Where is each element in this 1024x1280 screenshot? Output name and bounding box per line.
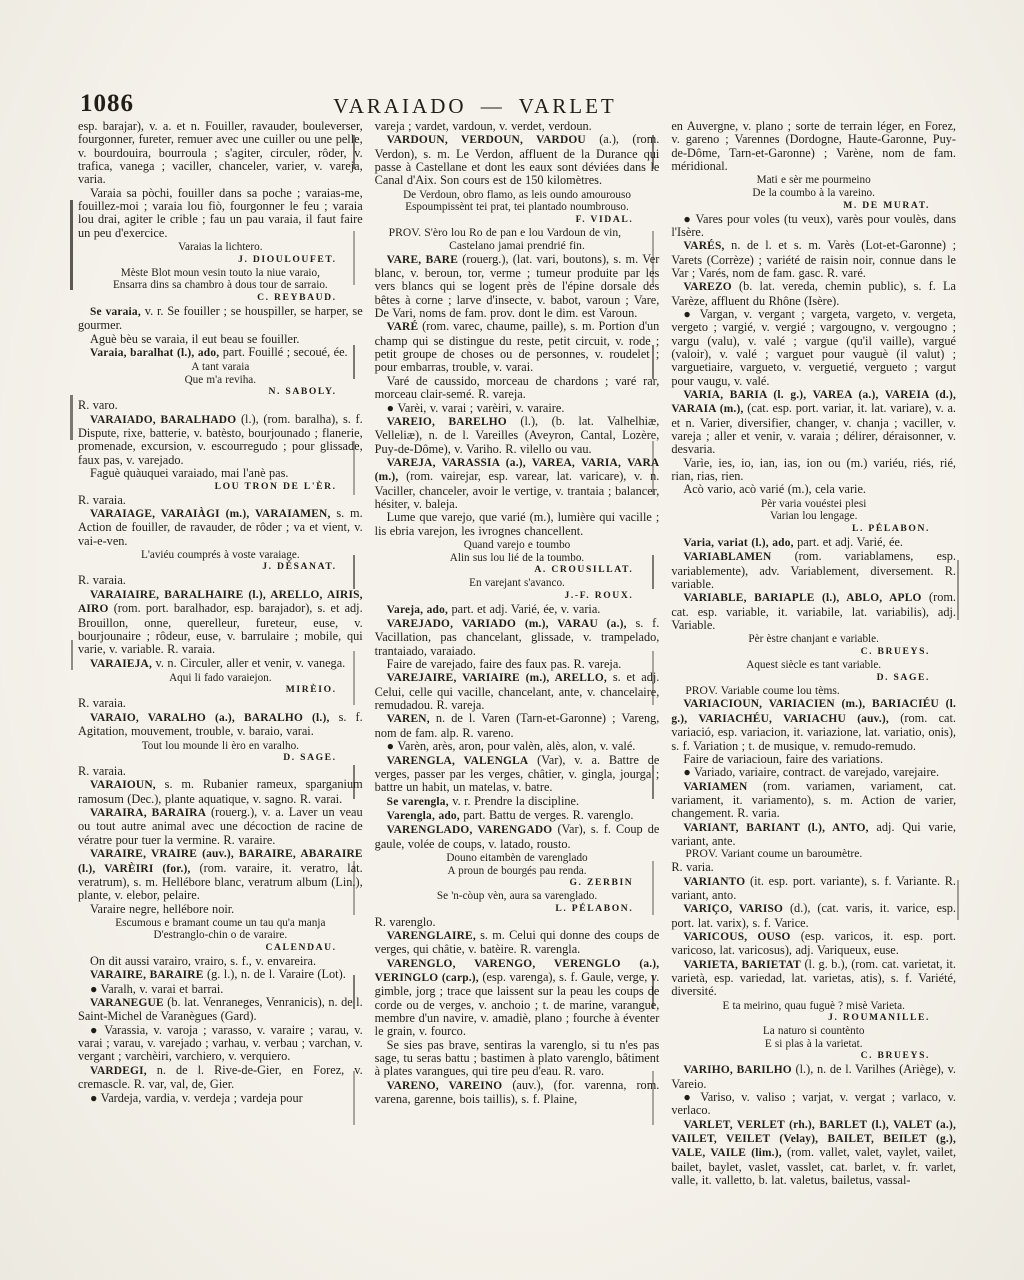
proverb-line: Castelano jamai prendrié fin.: [375, 240, 660, 253]
quote-attribution: A. CROUSILLAT.: [375, 564, 660, 576]
verse-line: La naturo si countènto: [671, 1025, 956, 1038]
verse-quote: Pèr èstre chanjant e variable.: [671, 633, 956, 646]
headword: VAREJAIRE, VARIAIRE (m.), ARELLO,: [387, 672, 607, 684]
proverb: PROV. Variable coume lou tèms.: [671, 685, 956, 698]
verse-line: De la coumbo à la vareino.: [671, 187, 956, 200]
headword: VARAIEJA,: [90, 658, 152, 670]
dictionary-entry: VARAIRE, VRAIRE (auv.), BARAIRE, ABARAIR…: [78, 847, 363, 902]
verse-quote: Aqui li fado varaiejon.: [78, 672, 363, 685]
dictionary-entry: VARDOUN, VERDOUN, VARDOU (a.), (rom. Ver…: [375, 133, 660, 187]
verse-quote: De Verdoun, obro flamo, as leis oundo am…: [375, 189, 660, 214]
scan-artifact: [71, 640, 73, 670]
cross-reference-item: ● Varalh, v. varai et barrai.: [78, 983, 363, 996]
text-column-2: vareja ; vardet, vardoun, v. verdet, ver…: [375, 120, 660, 1186]
dictionary-entry: VAREZO (b. lat. vereda, chemin public), …: [671, 280, 956, 308]
headword: VARIA, BARIA (l. g.), VAREA (a.), VAREIA…: [671, 389, 956, 415]
dictionary-entry: VARANEGUE (b. lat. Venraneges, Venranici…: [78, 996, 363, 1024]
continuation-paragraph: R. varaia.: [78, 494, 363, 507]
continuation-paragraph: vareja ; vardet, vardoun, v. verdet, ver…: [375, 120, 660, 133]
scan-artifact: [70, 200, 73, 290]
verse-quote: Mati e sèr me pourmeinoDe la coumbo à la…: [671, 174, 956, 199]
quote-attribution: G. ZERBIN: [375, 877, 660, 889]
proverb-line: PROV. S'èro lou Ro de pan e lou Vardoun …: [375, 227, 660, 240]
headword: VARICOUS, OUSO: [683, 931, 790, 943]
verse-line: D'estranglo-chin o de varaire.: [78, 929, 363, 942]
page-number: 1086: [80, 90, 134, 118]
verse-line: Aqui li fado varaiejon.: [78, 672, 363, 685]
proverb: PROV. S'èro lou Ro de pan e lou Vardoun …: [375, 227, 660, 253]
verse-line: Tout lou mounde li èro en varalho.: [78, 740, 363, 753]
quote-attribution: D. SAGE.: [78, 752, 363, 764]
dictionary-entry: VARAIAGE, VARAIÀGI (m.), VARAIAMEN, s. m…: [78, 507, 363, 548]
headword: VARAIAIRE, BARALHAIRE (l.), ARELLO, AIRI…: [78, 589, 363, 615]
verse-line: Ensarra dins sa chambro à dous tour de s…: [78, 279, 363, 292]
verse-line: Varaias la lichtero.: [78, 241, 363, 254]
paragraph: Aguè bèu se varaia, il eut beau se fouil…: [78, 333, 363, 346]
headword: Varia, variat (l.), ado,: [683, 537, 793, 549]
paragraph: Lume que varejo, que varié (m.), lumière…: [375, 511, 660, 538]
headword: VARAIAGE, VARAIÀGI (m.), VARAIAMEN,: [90, 508, 331, 520]
text-columns: esp. barajar), v. a. et n. Fouiller, rav…: [78, 120, 956, 1186]
headword: VARENGLADO, VARENGADO: [387, 824, 553, 836]
verse-line: E ta meirino, quau fuguè ? misè Varieta.: [671, 1000, 956, 1013]
verse-line: Douno eitambèn de varenglado: [375, 852, 660, 865]
verse-line: A proun de bourgés pau renda.: [375, 865, 660, 878]
verse-line: L'aviéu coumprés à voste varaiage.: [78, 549, 363, 562]
dictionary-entry: VARDEGI, n. de l. Rive-de-Gier, en Forez…: [78, 1064, 363, 1092]
dictionary-entry: VARAIOUN, s. m. Rubanier rameux, spargan…: [78, 778, 363, 806]
dictionary-entry: Vareja, ado, part. et adj. Varié, ée, v.…: [375, 603, 660, 617]
verse-line: En varejant s'avanco.: [375, 577, 660, 590]
headword: VARENGLO, VARENGO, VERENGLO (a.), VERING…: [375, 958, 660, 984]
cross-reference-item: ● Vares pour voles (tu veux), varès pour…: [671, 213, 956, 240]
headword: VARE, BARE: [387, 254, 458, 266]
dictionary-entry: Varengla, ado, part. Battu de verges. R.…: [375, 809, 660, 823]
headword: VARENO, VAREINO: [387, 1080, 503, 1092]
verse-quote: Pèr varia vouéstei plesiVarian lou lenga…: [671, 498, 956, 523]
continuation-paragraph: R. varaia.: [78, 765, 363, 778]
dictionary-entry: VARENGLAIRE, s. m. Celui qui donne des c…: [375, 929, 660, 957]
headword: Varaia, baralhat (l.), ado,: [90, 347, 219, 359]
continuation-paragraph: R. varaia.: [78, 574, 363, 587]
cross-reference-item: ● Varèi, v. varai ; varèiri, v. varaire.: [375, 402, 660, 415]
headword: VARIÇO, VARISO: [683, 903, 783, 915]
verse-line: Escumous e bramant coume un tau qu'a man…: [78, 917, 363, 930]
quote-attribution: L. PÉLABON.: [375, 903, 660, 915]
headword: Varengla, ado,: [387, 810, 460, 822]
verse-line: Espoumpissènt tei prat, tei plantado nou…: [375, 201, 660, 214]
verse-quote: En varejant s'avanco.: [375, 577, 660, 590]
dictionary-entry: VARIACIOUN, VARIACIEN (m.), BARIACIÉU (l…: [671, 697, 956, 752]
example-paragraph: Faguè quàuquei varaiado, mai l'anè pas.: [78, 467, 363, 480]
verse-quote: Tout lou mounde li èro en varalho.: [78, 740, 363, 753]
dictionary-page: 1086 VARAIADO — VARLET esp. barajar), v.…: [0, 0, 1024, 1280]
quote-attribution: F. VIDAL.: [375, 214, 660, 226]
continuation-paragraph: R. varenglo.: [375, 916, 660, 929]
headword: VARIHO, BARILHO: [683, 1064, 791, 1076]
headword: VARIANTO: [683, 876, 745, 888]
quote-attribution: M. DE MURAT.: [671, 200, 956, 212]
headword: VARIABLAMEN: [683, 551, 771, 563]
quote-attribution: J. ROUMANILLE.: [671, 1012, 956, 1024]
verse-quote: E ta meirino, quau fuguè ? misè Varieta.: [671, 1000, 956, 1013]
verse-line: Que m'a reviha.: [78, 374, 363, 387]
headword: VARIANT, BARIANT (l.), ANTO,: [683, 822, 868, 834]
paragraph: Acò vario, acò varié (m.), cela varie.: [671, 483, 956, 496]
proverb-line: PROV. Variant coume un baroumètre.: [671, 848, 956, 861]
headword: VARIACIOUN, VARIACIEN (m.), BARIACIÉU (l…: [671, 698, 956, 724]
verse-line: Mati e sèr me pourmeino: [671, 174, 956, 187]
proverb-line: PROV. Variable coume lou tèms.: [671, 685, 956, 698]
headword: VARIETA, BARIETAT: [683, 959, 801, 971]
continuation-paragraph: en Auvergne, v. plano ; sorte de terrain…: [671, 120, 956, 173]
dictionary-entry: VARAIRE, BARAIRE (g. l.), n. de l. Varai…: [78, 968, 363, 982]
quote-attribution: MIRÈIO.: [78, 684, 363, 696]
verse-quote: A tant varaiaQue m'a reviha.: [78, 361, 363, 386]
cross-reference-item: ● Vardeja, vardia, v. verdeja ; vardeja …: [78, 1092, 363, 1105]
dictionary-entry: VARAIAIRE, BARALHAIRE (l.), ARELLO, AIRI…: [78, 588, 363, 657]
column-rule: [652, 135, 654, 1175]
verse-quote: Douno eitambèn de varengladoA proun de b…: [375, 852, 660, 877]
verse-quote: Varaias la lichtero.: [78, 241, 363, 254]
dictionary-entry: VARAIEJA, v. n. Circuler, aller et venir…: [78, 657, 363, 671]
paragraph: Varìe, ies, io, ian, ias, ion ou (m.) va…: [671, 457, 956, 484]
headword: VARDEGI,: [90, 1065, 147, 1077]
dictionary-entry: VARIÇO, VARISO (d.), (cat. varis, it. va…: [671, 902, 956, 930]
verse-line: Aquest siècle es tant variable.: [671, 659, 956, 672]
verse-line: E si plas à la varietat.: [671, 1038, 956, 1051]
paragraph: Faire de varejado, faire des faux pas. R…: [375, 658, 660, 671]
dictionary-entry: VARENO, VAREINO (auv.), (for. varenna, r…: [375, 1079, 660, 1107]
headword: VAREIO, BARELHO: [387, 416, 507, 428]
column-rule: [353, 135, 355, 1175]
paragraph: Varaire negre, hellébore noir.: [78, 903, 363, 916]
cross-reference-item: ● Vargan, v. vergant ; vargeta, vargeto,…: [671, 308, 956, 388]
dictionary-entry: Se varaia, v. r. Se fouiller ; se houspi…: [78, 305, 363, 333]
text-column-1: esp. barajar), v. a. et n. Fouiller, rav…: [78, 120, 363, 1186]
headword: VARENGLAIRE,: [387, 930, 476, 942]
headword: VARDOUN, VERDOUN, VARDOU: [387, 134, 586, 146]
dictionary-entry: VARAIADO, BARALHADO (l.), (rom. baralha)…: [78, 413, 363, 467]
quote-attribution: CALENDAU.: [78, 942, 363, 954]
dictionary-entry: VARIABLAMEN (rom. variablamens, esp. var…: [671, 550, 956, 591]
dictionary-entry: Varaia, baralhat (l.), ado, part. Fouill…: [78, 346, 363, 360]
headword: VARAIRE, VRAIRE (auv.), BARAIRE, ABARAIR…: [78, 848, 363, 874]
headword: VARAIRA, BARAIRA: [90, 807, 206, 819]
verse-quote: Se 'n-còup vèn, aura sa varenglado.: [375, 890, 660, 903]
dictionary-entry: VARLET, VERLET (rh.), BARLET (l.), VALET…: [671, 1118, 956, 1186]
verse-line: Mèste Blot moun vesin touto la niue vara…: [78, 267, 363, 280]
quote-attribution: L. PÉLABON.: [671, 523, 956, 535]
continuation-paragraph: esp. barajar), v. a. et n. Fouiller, rav…: [78, 120, 363, 187]
headword: VARÉ: [387, 321, 419, 333]
verse-line: Pèr èstre chanjant e variable.: [671, 633, 956, 646]
quote-attribution: C. BRUEYS.: [671, 646, 956, 658]
scan-artifact: [957, 880, 959, 920]
quote-attribution: C. BRUEYS.: [671, 1050, 956, 1062]
headword: Se varengla,: [387, 796, 449, 808]
headword: VARAIOUN,: [90, 779, 156, 791]
dictionary-entry: VARENGLA, VALENGLA (Var), v. a. Battre d…: [375, 754, 660, 795]
verse-quote: La naturo si countèntoE si plas à la var…: [671, 1025, 956, 1050]
headword: VARLET, VERLET (rh.), BARLET (l.), VALET…: [671, 1119, 956, 1160]
quote-attribution: J. DIOULOUFET.: [78, 254, 363, 266]
dictionary-entry: VARIABLE, BARIAPLE (l.), ABLO, APLO (rom…: [671, 591, 956, 632]
quote-attribution: J.-F. ROUX.: [375, 590, 660, 602]
scan-artifact: [70, 395, 73, 440]
headword: VAREJA, VARASSIA (a.), VAREA, VARIA, VAR…: [375, 457, 660, 483]
quote-attribution: N. SABOLY.: [78, 386, 363, 398]
dictionary-entry: VARIHO, BARILHO (l.), n. de l. Varilhes …: [671, 1063, 956, 1091]
verse-line: Varian lou lengage.: [671, 510, 956, 523]
headword: VARAIO, VARALHO (a.), BARALHO (l.),: [90, 712, 330, 724]
paragraph: Varé de caussido, morceau de chardons ; …: [375, 375, 660, 402]
paragraph: Se sies pas brave, sentiras la varenglo,…: [375, 1039, 660, 1079]
dictionary-entry: VARIANT, BARIANT (l.), ANTO, adj. Qui va…: [671, 821, 956, 849]
dictionary-entry: VARENGLADO, VARENGADO (Var), s. f. Coup …: [375, 823, 660, 851]
dictionary-entry: VARAIO, VARALHO (a.), BARALHO (l.), s. f…: [78, 711, 363, 739]
continuation-paragraph: R. varia.: [671, 861, 956, 874]
verse-line: Quand varejo e toumbo: [375, 539, 660, 552]
scan-artifact: [957, 560, 959, 620]
running-head: VARAIADO — VARLET: [275, 94, 675, 119]
headword: VARAIRE, BARAIRE: [90, 969, 204, 981]
cross-reference-item: ● Variso, v. valiso ; varjat, v. vergat …: [671, 1091, 956, 1118]
dictionary-entry: Varia, variat (l.), ado, part. et adj. V…: [671, 536, 956, 550]
cross-reference-item: ● Variado, variaire, contract. de vareja…: [671, 766, 956, 779]
verse-quote: L'aviéu coumprés à voste varaiage.: [78, 549, 363, 562]
verse-quote: Quand varejo e toumboAlin sus lou lié de…: [375, 539, 660, 564]
dictionary-entry: VAREIO, BARELHO (l.), (b. lat. Valhelhiæ…: [375, 415, 660, 456]
dictionary-entry: VARAIRA, BARAIRA (rouerg.), v. a. Laver …: [78, 806, 363, 847]
dictionary-entry: VAREJADO, VARIADO (m.), VARAU (a.), s. f…: [375, 617, 660, 658]
verse-line: De Verdoun, obro flamo, as leis oundo am…: [375, 189, 660, 202]
verse-quote: Escumous e bramant coume un tau qu'a man…: [78, 917, 363, 942]
dictionary-entry: VARE, BARE (rouerg.), (lat. vari, bouton…: [375, 253, 660, 321]
proverb: PROV. Variant coume un baroumètre.: [671, 848, 956, 861]
dictionary-entry: VARIA, BARIA (l. g.), VAREA (a.), VAREIA…: [671, 388, 956, 457]
quote-attribution: D. SAGE.: [671, 672, 956, 684]
headword: VARENGLA, VALENGLA: [387, 755, 529, 767]
verse-quote: Aquest siècle es tant variable.: [671, 659, 956, 672]
dictionary-entry: VARIAMEN (rom. variamen, variament, cat.…: [671, 780, 956, 821]
headword: Se varaia,: [90, 306, 141, 318]
headword: VAREN,: [387, 713, 430, 725]
verse-line: Pèr varia vouéstei plesi: [671, 498, 956, 511]
dictionary-entry: VARIETA, BARIETAT (l. g. b.), (rom. cat.…: [671, 958, 956, 999]
dictionary-entry: VARIANTO (it. esp. port. variante), s. f…: [671, 875, 956, 903]
cross-reference-item: ● Varèn, arès, aron, pour valèn, alès, a…: [375, 740, 660, 753]
paragraph: Varaia sa pòchi, fouiller dans sa poche …: [78, 187, 363, 240]
dictionary-entry: VARÉ (rom. varec, chaume, paille), s. m.…: [375, 320, 660, 374]
headword: VARIABLE, BARIAPLE (l.), ABLO, APLO: [683, 592, 921, 604]
dictionary-entry: Se varengla, v. r. Prendre la discipline…: [375, 795, 660, 809]
quote-attribution: LOU TRON DE L'ÈR.: [78, 481, 363, 493]
verse-line: Se 'n-còup vèn, aura sa varenglado.: [375, 890, 660, 903]
headword: VARÉS,: [683, 240, 724, 252]
quote-attribution: C. REYBAUD.: [78, 292, 363, 304]
dictionary-entry: VARENGLO, VARENGO, VERENGLO (a.), VERING…: [375, 957, 660, 1039]
continuation-paragraph: R. varaia.: [78, 697, 363, 710]
dictionary-entry: VARÉS, n. de l. et s. m. Varès (Lot-et-G…: [671, 239, 956, 280]
verse-line: Alin sus lou lié de la toumbo.: [375, 552, 660, 565]
headword: VAREZO: [683, 281, 731, 293]
headword: VARAIADO, BARALHADO: [90, 414, 236, 426]
cross-reference-item: ● Varassia, v. varoja ; varasso, v. vara…: [78, 1024, 363, 1064]
continuation-paragraph: R. varo.: [78, 399, 363, 412]
dictionary-entry: VAREJA, VARASSIA (a.), VAREA, VARIA, VAR…: [375, 456, 660, 511]
dictionary-entry: VAREJAIRE, VARIAIRE (m.), ARELLO, s. et …: [375, 671, 660, 712]
headword: VAREJADO, VARIADO (m.), VARAU (a.),: [387, 618, 627, 630]
quote-attribution: J. DÉSANAT.: [78, 561, 363, 573]
dictionary-entry: VAREN, n. de l. Varen (Tarn-et-Garonne) …: [375, 712, 660, 740]
paragraph: On dit aussi varairo, vrairo, s. f., v. …: [78, 955, 363, 968]
headword: VARANEGUE: [90, 997, 164, 1009]
verse-line: A tant varaia: [78, 361, 363, 374]
headword: Vareja, ado,: [387, 604, 448, 616]
verse-quote: Mèste Blot moun vesin touto la niue vara…: [78, 267, 363, 292]
headword: VARIAMEN: [683, 781, 747, 793]
dictionary-entry: VARICOUS, OUSO (esp. varicos, it. esp. p…: [671, 930, 956, 958]
paragraph: Faire de variacioun, faire des variation…: [671, 753, 956, 766]
text-column-3: en Auvergne, v. plano ; sorte de terrain…: [671, 120, 956, 1186]
